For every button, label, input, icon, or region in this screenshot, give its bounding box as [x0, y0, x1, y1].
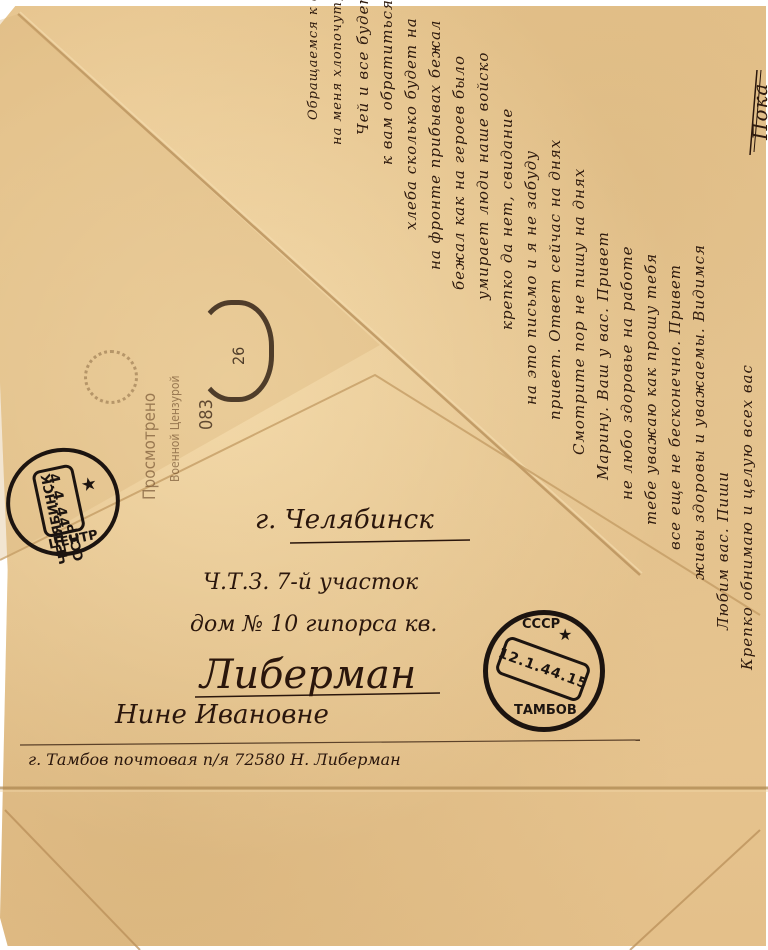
letter-line: Обращаемся к вам с таким сообщением	[306, 0, 321, 120]
postmark-date: 4.4.44	[45, 472, 72, 530]
censor-line-1: Просмотрено	[140, 393, 160, 500]
tambov-postmark: СССР ТАМБОВ 12.1.44.15 ★	[483, 610, 605, 732]
letter-line: хлеба сколько будет на	[402, 17, 420, 230]
letter-line: к вам обратиться	[378, 0, 396, 165]
letter-line: на фронте прибывах бежал	[426, 20, 444, 271]
censor-number: 083	[196, 399, 217, 430]
sender-return-address: г. Тамбов почтовая п/я 72580 Н. Либерман	[28, 750, 401, 769]
recipient-name: Нине Ивановне	[115, 700, 329, 730]
letter-line: живы здоровы и уважаемы. Видимся	[690, 244, 708, 580]
letter-line: не любо здоровье на работе	[618, 245, 636, 500]
signature: Пока	[748, 83, 768, 140]
letter-line: Смотрите пор не пишу на днях	[570, 168, 588, 455]
faint-round-mark	[84, 350, 138, 404]
letter-line: все еще не бесконечно. Привет	[666, 264, 684, 550]
letter-line: умирает люди наше войско	[474, 52, 492, 300]
letter-line: бежал как на героев было	[450, 55, 468, 290]
recipient-surname: Либерман	[200, 652, 416, 698]
letter-line: на меня хлопочут, она предупредила	[330, 0, 345, 145]
letter-line: Марину. Ваш у вас. Привет	[594, 231, 612, 480]
postmark-bottom-text: ТАМБОВ	[514, 703, 577, 718]
censor-round-mark: 26	[196, 300, 274, 402]
star-icon: ★	[79, 473, 99, 497]
letter-line: привет. Ответ сейчас на днях	[546, 139, 564, 420]
postmark-top-text: СССР	[522, 617, 560, 632]
address-street: Ч.Т.З. 7-й участок	[203, 570, 418, 595]
postmark-date: 12.1.44.15	[496, 645, 590, 692]
letter-line: Любим вас. Пиши	[714, 471, 732, 630]
letter-line: крепко да нет, свидание	[498, 108, 516, 330]
address-city: г. Челябинск	[255, 505, 434, 535]
letter-line: на это письмо и я не забуду	[522, 150, 540, 405]
address-house: дом № 10 гипорса кв.	[190, 612, 437, 637]
letter-line: Крепко обнимаю и целую всех вас	[738, 364, 756, 670]
censor-line-2: Военной Цензурой	[168, 375, 182, 482]
star-icon: ★	[558, 625, 572, 644]
letter-line: тебе уважаю как прошу тебя	[642, 253, 660, 525]
censor-date: 26	[229, 347, 248, 365]
letter-line: Чей и все будет	[354, 0, 372, 135]
